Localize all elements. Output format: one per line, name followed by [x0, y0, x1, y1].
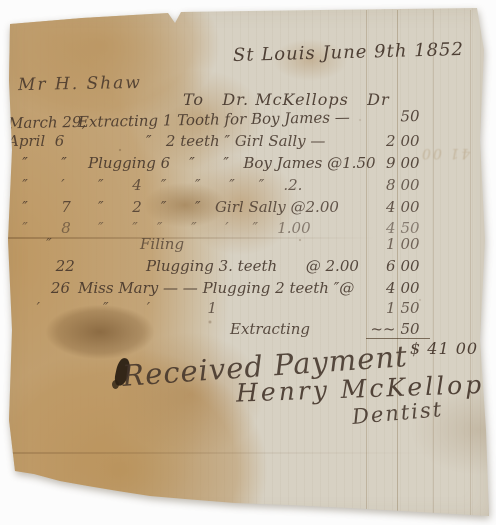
amount-cents: 00 [401, 176, 431, 194]
amount-cents: 50 [401, 320, 431, 338]
ledger-row: ″ ″ Plugging 6 ″ ″ Boy James @1.50 900 [0, 154, 496, 174]
item-date: ′ [8, 299, 80, 317]
amount-dollars: 8 [366, 176, 401, 194]
addressee-line: Mr H. Shaw [18, 73, 142, 95]
amount-dollars: 1 [366, 299, 401, 317]
amount-dollars: 4 [366, 198, 401, 216]
ledger-row: Extracting ~~50 [0, 320, 496, 340]
item-description: Extracting [78, 320, 310, 338]
item-amount: 50 [366, 107, 430, 126]
ledger-row: April 6 ″ 2 teeth ″ Girl Sally — 200 [0, 132, 496, 152]
scan-background: 41 00 St Louis June 9th 1852 Mr H. Shaw … [0, 0, 496, 525]
item-description: ″ ′ 1 [78, 299, 217, 317]
item-amount: 800 [366, 176, 430, 194]
item-date: March 29, [8, 113, 80, 132]
item-date: 22 [8, 257, 80, 275]
amount-cents: 00 [401, 132, 431, 150]
total-amount: $ 41 00 [410, 339, 478, 358]
item-description: Filing [78, 235, 184, 253]
item-description: ″ 2 teeth ″ Girl Sally — [78, 132, 325, 150]
amount-cents: 00 [401, 154, 431, 172]
amount-dollars: 6 [366, 257, 401, 275]
amount-cents: 00 [401, 257, 431, 275]
amount-flourish: ~~ [366, 320, 401, 338]
item-amount: 400 [366, 198, 430, 216]
amount-dollars: 9 [366, 154, 401, 172]
item-description: Extracting 1 Tooth for Boy James — [78, 108, 350, 131]
item-description: Plugging 6 ″ ″ Boy James @1.50 [78, 154, 376, 172]
ledger-row: ″ Filing 100 [0, 235, 496, 255]
ledger-row: 26 Miss Mary — — Plugging 2 teeth ″@ 400 [0, 279, 496, 299]
item-amount: ~~50 [366, 320, 430, 339]
amount-cents: 00 [401, 279, 431, 297]
item-amount: 150 [366, 299, 430, 317]
amount-cents: 50 [401, 299, 431, 317]
item-date: ″ 7 [8, 198, 80, 216]
billed-to-line: To Dr. McKellops Dr [183, 90, 390, 109]
amount-dollars: 4 [366, 279, 401, 297]
amount-dollars: 2 [366, 132, 401, 150]
amount-dollars [366, 107, 401, 126]
item-date: ″ ″ [8, 154, 80, 172]
item-date: April 6 [8, 132, 80, 150]
item-description: Miss Mary — — Plugging 2 teeth ″@ [78, 279, 354, 297]
item-description: ″ 4 ″ ″ ″ ″ .2. [78, 176, 302, 194]
amount-cents: 00 [401, 198, 431, 216]
ink-blot [112, 380, 119, 389]
ledger-row: ″ ′ ″ 4 ″ ″ ″ ″ .2. 800 [0, 176, 496, 196]
fold-crease [6, 452, 436, 454]
item-amount: 600 [366, 257, 430, 275]
amount-dollars: 1 [366, 235, 401, 253]
receipt-paper: 41 00 St Louis June 9th 1852 Mr H. Shaw … [0, 0, 496, 525]
ledger-row: ″ 7 ″ 2 ″ ″ Girl Sally @2.00 400 [0, 198, 496, 218]
item-date: ″ ′ [8, 176, 80, 194]
item-amount: 200 [366, 132, 430, 150]
receipt-paper-wrap: 41 00 St Louis June 9th 1852 Mr H. Shaw … [0, 0, 496, 525]
ledger-row: March 29, Extracting 1 Tooth for Boy Jam… [0, 106, 496, 135]
item-amount: 100 [366, 235, 430, 253]
item-amount: 900 [366, 154, 430, 172]
item-description: ″ 2 ″ ″ Girl Sally @2.00 [78, 198, 339, 216]
item-date: ″ [8, 235, 80, 253]
amount-cents: 50 [400, 107, 430, 126]
ledger-row: ′ ″ ′ 1 150 [0, 299, 496, 319]
item-description: Plugging 3. teeth @ 2.00 [78, 257, 359, 275]
item-amount: 400 [366, 279, 430, 297]
place-date-line: St Louis June 9th 1852 [233, 39, 464, 66]
amount-cents: 00 [401, 235, 431, 253]
item-date: 26 [8, 279, 80, 297]
ledger-row: 22 Plugging 3. teeth @ 2.00 600 [0, 257, 496, 277]
